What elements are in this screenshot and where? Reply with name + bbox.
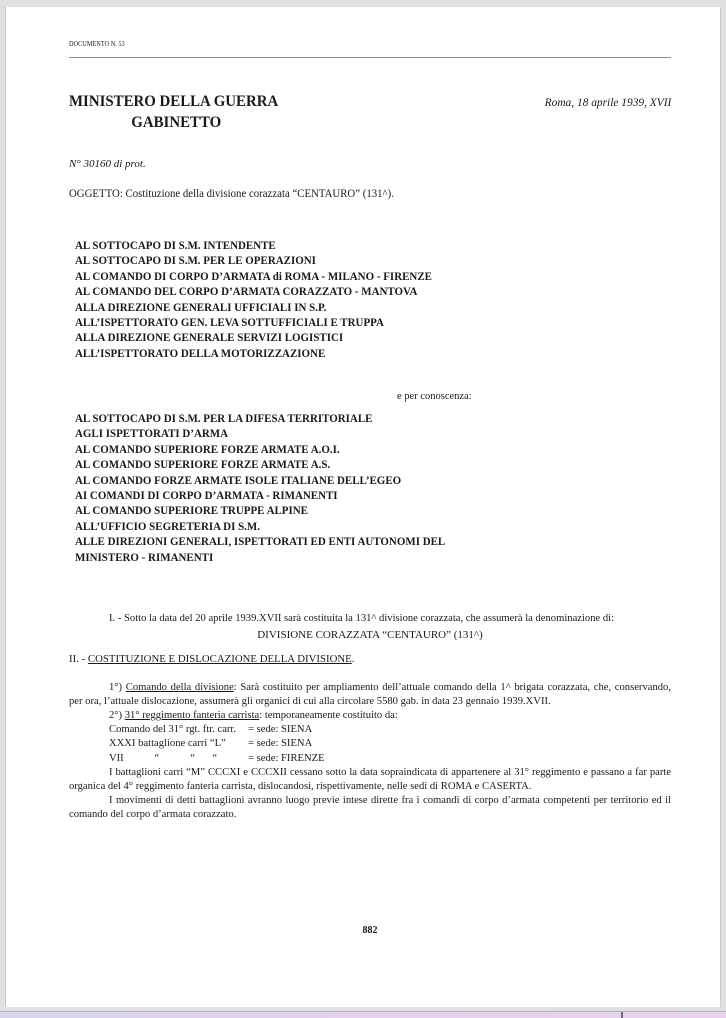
- unit-seat: = sede: SIENA: [248, 723, 312, 737]
- item-2-paragraph: 2°) 31° reggimento fanteria carrista: te…: [69, 709, 671, 723]
- unit-name-text: VII: [109, 753, 124, 764]
- protocol-number: N° 30160 di prot.: [69, 158, 146, 170]
- document-number-label: DOCUMENTO N. 53: [69, 40, 125, 48]
- document-body: I. - Sotto la data del 20 aprile 1939.XV…: [69, 612, 671, 823]
- recipient: ALLA DIREZIONE GENERALI UFFICIALI IN S.P…: [75, 301, 432, 316]
- section-2-heading: II. - COSTITUZIONE E DISLOCAZIONE DELLA …: [69, 652, 671, 666]
- ditto-mark: “: [146, 752, 168, 766]
- cc-recipient: AL COMANDO FORZE ARMATE ISOLE ITALIANE D…: [75, 474, 445, 489]
- section-2-title: COSTITUZIONE E DISLOCAZIONE DELLA DIVISI…: [88, 653, 352, 665]
- place-date: Roma, 18 aprile 1939, XVII: [544, 95, 671, 110]
- ditto-mark: “: [204, 752, 226, 766]
- recipient: AL SOTTOCAPO DI S.M. PER LE OPERAZIONI: [75, 254, 432, 269]
- ministry-name: MINISTERO DELLA GUERRA: [69, 93, 278, 110]
- recipient: AL COMANDO DI CORPO D’ARMATA di ROMA - M…: [75, 270, 432, 285]
- cc-recipients-list: AL SOTTOCAPO DI S.M. PER LA DIFESA TERRI…: [75, 412, 445, 566]
- cc-label: e per conoscenza:: [397, 391, 472, 402]
- recipient: AL SOTTOCAPO DI S.M. INTENDENTE: [75, 239, 432, 254]
- unit-seat: = sede: SIENA: [248, 737, 312, 751]
- cc-recipient: AI COMANDI DI CORPO D’ARMATA - RIMANENTI: [75, 489, 445, 504]
- item-1-number: 1°): [109, 682, 126, 693]
- section-2-prefix: II. -: [69, 653, 88, 665]
- item-1-heading: Comando della divisione: [126, 682, 234, 693]
- unit-seat: = sede: FIRENZE: [248, 752, 325, 766]
- paragraph-movements: I movimenti di detti battaglioni avranno…: [69, 794, 671, 822]
- document-viewer: DOCUMENTO N. 53 MINISTERO DELLA GUERRA G…: [0, 0, 726, 1018]
- recipients-list: AL SOTTOCAPO DI S.M. INTENDENTE AL SOTTO…: [75, 239, 432, 362]
- cc-recipient: AGLI ISPETTORATI D’ARMA: [75, 427, 445, 442]
- subject-line: OGGETTO: Costituzione della divisione co…: [69, 188, 394, 200]
- section-1-paragraph: I. - Sotto la data del 20 aprile 1939.XV…: [69, 612, 671, 626]
- bottom-scrollbar[interactable]: [0, 1011, 726, 1018]
- item-2-number: 2°): [109, 710, 125, 721]
- recipient: AL COMANDO DEL CORPO D’ARMATA CORAZZATO …: [75, 285, 432, 300]
- recipient: ALL’ISPETTORATO DELLA MOTORIZZAZIONE: [75, 347, 432, 362]
- cc-recipient: AL COMANDO SUPERIORE TRUPPE ALPINE: [75, 504, 445, 519]
- scroll-position-marker[interactable]: [621, 1012, 623, 1018]
- unit-name: Comando del 31° rgt. ftr. carr.: [109, 723, 248, 737]
- unit-name: VII“““: [109, 752, 248, 766]
- cc-recipient: ALLE DIREZIONI GENERALI, ISPETTORATI ED …: [75, 535, 445, 550]
- document-page: DOCUMENTO N. 53 MINISTERO DELLA GUERRA G…: [5, 7, 721, 1007]
- unit-row: Comando del 31° rgt. ftr. carr. = sede: …: [109, 723, 671, 737]
- unit-list: Comando del 31° rgt. ftr. carr. = sede: …: [109, 723, 671, 766]
- ministry-office: GABINETTO: [69, 112, 278, 133]
- section-2-suffix: .: [352, 653, 355, 665]
- recipient: ALLA DIREZIONE GENERALE SERVIZI LOGISTIC…: [75, 331, 432, 346]
- cc-recipient: MINISTERO - RIMANENTI: [75, 551, 445, 566]
- cc-recipient: AL COMANDO SUPERIORE FORZE ARMATE A.S.: [75, 458, 445, 473]
- page-number: 882: [69, 925, 671, 936]
- ditto-mark: “: [182, 752, 204, 766]
- cc-recipient: AL SOTTOCAPO DI S.M. PER LA DIFESA TERRI…: [75, 412, 445, 427]
- division-name: DIVISIONE CORAZZATA “CENTAURO” (131^): [69, 628, 671, 642]
- item-1-paragraph: 1°) Comando della divisione: Sarà costit…: [69, 681, 671, 709]
- ministry-heading: MINISTERO DELLA GUERRA GABINETTO: [69, 91, 278, 133]
- header-rule: [69, 57, 671, 58]
- recipient: ALL’ISPETTORATO GEN. LEVA SOTTUFFICIALI …: [75, 316, 432, 331]
- unit-row: VII“““ = sede: FIRENZE: [109, 752, 671, 766]
- paragraph-battalions: I battaglioni carri “M” CCCXI e CCCXII c…: [69, 766, 671, 794]
- unit-row: XXXI battaglione carri “L” = sede: SIENA: [109, 737, 671, 751]
- cc-recipient: ALL’UFFICIO SEGRETERIA DI S.M.: [75, 520, 445, 535]
- unit-name: XXXI battaglione carri “L”: [109, 737, 248, 751]
- item-2-heading: 31° reggimento fanteria carrista: [125, 710, 260, 721]
- item-2-text: : temporaneamente costituito da:: [259, 710, 398, 721]
- cc-recipient: AL COMANDO SUPERIORE FORZE ARMATE A.O.I.: [75, 443, 445, 458]
